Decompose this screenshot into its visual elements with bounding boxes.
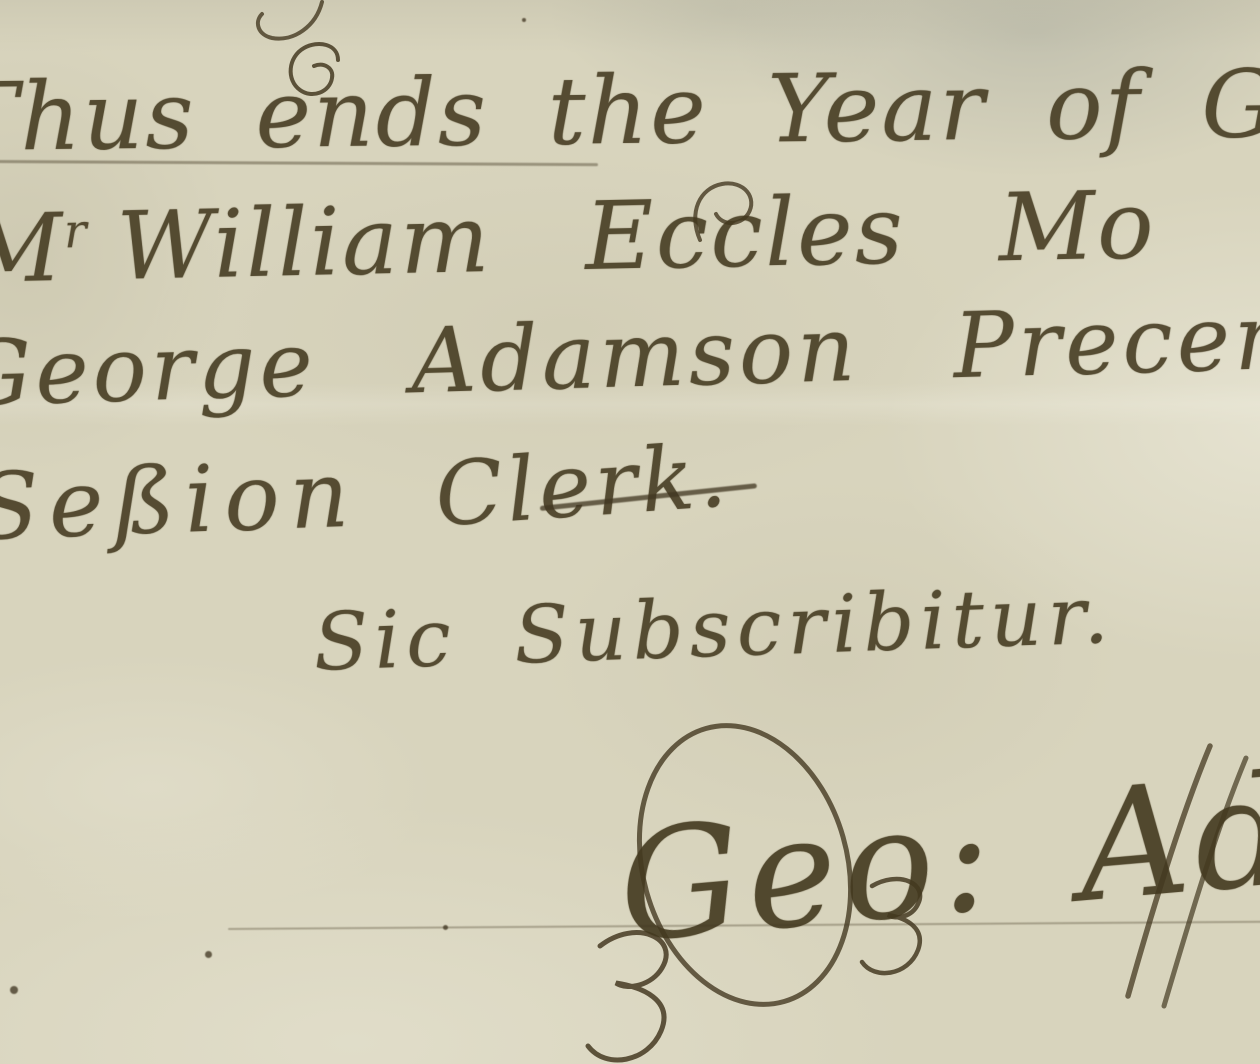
ink-speck — [205, 951, 212, 958]
mr-superscript: r — [63, 204, 87, 259]
ink-speck — [10, 986, 18, 994]
manuscript-word-session: Seßion — [0, 441, 361, 561]
manuscript-page: Thus ends the Year of G MrWilliam Eccles… — [0, 0, 1260, 1064]
ink-speck — [443, 925, 448, 930]
ink-speck — [522, 18, 526, 22]
manuscript-word-clerk: Clerk. — [432, 423, 733, 546]
manuscript-line-thus-ends-the-year: Thus ends the Year of G — [0, 50, 1260, 173]
mr-initial: M — [0, 194, 66, 305]
william-eccles-text: William Eccles Mo — [116, 171, 1157, 302]
cut-off-letter-fragment — [258, 2, 322, 39]
